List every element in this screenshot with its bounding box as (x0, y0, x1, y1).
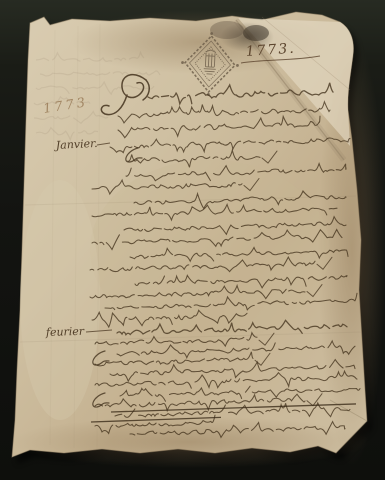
stain-left-mid (20, 180, 100, 420)
month-label-janvier: Janvier. (53, 137, 97, 152)
month-label-feurier: feurier (45, 325, 85, 339)
stain-bottom-band (10, 416, 370, 468)
document-photo: 1773. 1773 Janvier. feurier (0, 0, 385, 480)
ink-blot-dark (243, 25, 269, 41)
manuscript-scan: 1773. 1773 Janvier. feurier (0, 0, 385, 480)
ink-blot-edge (210, 21, 244, 39)
